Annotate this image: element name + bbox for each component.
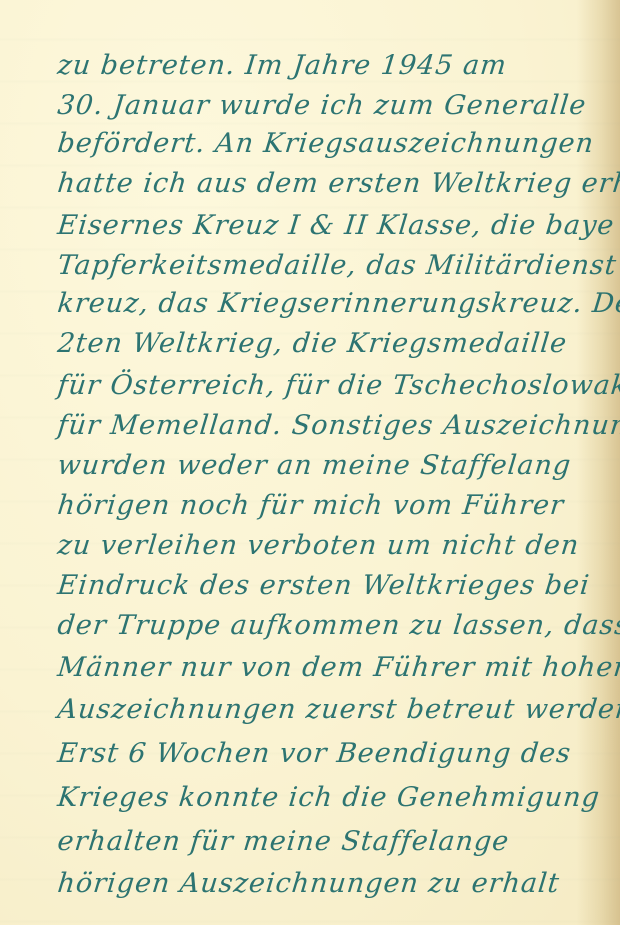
text-line-14: Eindruck des ersten Weltkrieges bei xyxy=(56,570,591,601)
text-line-9: für Österreich, für die Tschechoslowakei xyxy=(56,370,620,401)
handwritten-page: zu betreten. Im Jahre 1945 am 30. Januar… xyxy=(0,0,620,925)
text-line-8: 2ten Weltkrieg, die Kriegsmedaille xyxy=(56,328,569,359)
text-line-19: Krieges konnte ich die Genehmigung xyxy=(56,782,602,813)
text-line-5: Eisernes Kreuz I & II Klasse, die baye xyxy=(56,210,616,241)
text-line-20: erhalten für meine Staffelange xyxy=(56,826,511,857)
text-line-18: Erst 6 Wochen vor Beendigung des xyxy=(56,738,573,769)
text-line-4: hatte ich aus dem ersten Weltkrieg erhal… xyxy=(56,168,620,199)
text-line-21: hörigen Auszeichnungen zu erhalt xyxy=(56,868,561,899)
text-line-12: hörigen noch für mich vom Führer xyxy=(56,490,566,521)
text-line-7: kreuz, das Kriegserinnerungskreuz. Dem xyxy=(56,288,620,319)
text-line-3: befördert. An Kriegsauszeichnungen xyxy=(56,128,596,159)
text-line-2: 30. Januar wurde ich zum Generalle xyxy=(56,90,588,121)
text-line-15: der Truppe aufkommen zu lassen, dass xyxy=(56,610,620,641)
text-line-11: wurden weder an meine Staffelang xyxy=(56,450,573,481)
text-line-10: für Memelland. Sonstiges Auszeichnun xyxy=(56,410,620,441)
text-line-17: Auszeichnungen zuerst betreut werden xyxy=(56,694,620,725)
text-line-1: zu betreten. Im Jahre 1945 am xyxy=(56,50,508,81)
text-line-13: zu verleihen verboten um nicht den xyxy=(56,530,581,561)
text-line-6: Tapferkeitsmedaille, das Militärdienst xyxy=(56,250,618,281)
text-line-16: Männer nur von dem Führer mit hohen xyxy=(56,652,620,683)
